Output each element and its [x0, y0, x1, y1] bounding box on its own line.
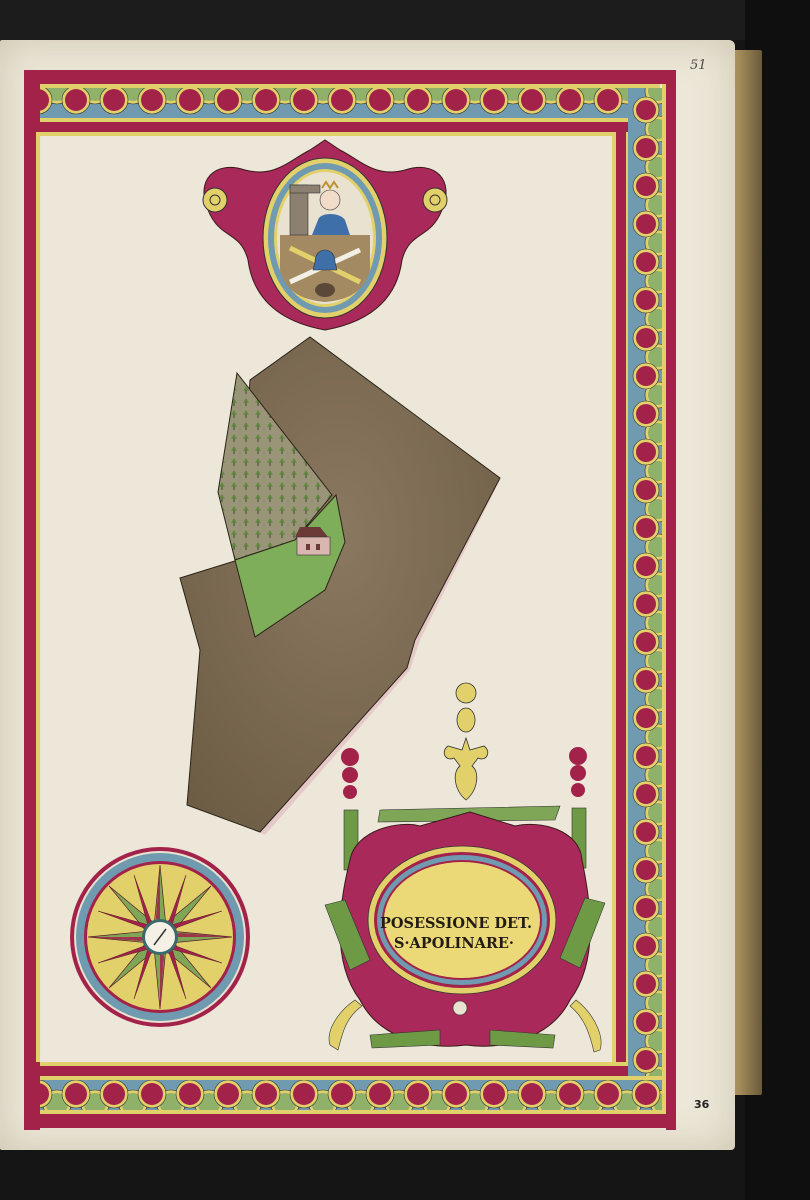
- compass-rose-icon: [70, 847, 250, 1027]
- folio-number: 51: [690, 58, 707, 73]
- title-cartouche: POSESSIONE DET. S·APOLINARE·: [325, 683, 605, 1052]
- map-title-line-2: S·APOLINARE·: [394, 935, 514, 952]
- manuscript-illustration: POSESSIONE DET. S·APOLINARE·: [0, 0, 810, 1200]
- coat-of-arms-cartouche: [203, 140, 447, 330]
- page-number: 36: [694, 1098, 709, 1111]
- map-title-line-1: POSESSIONE DET.: [380, 915, 532, 932]
- estate-map: [180, 337, 500, 835]
